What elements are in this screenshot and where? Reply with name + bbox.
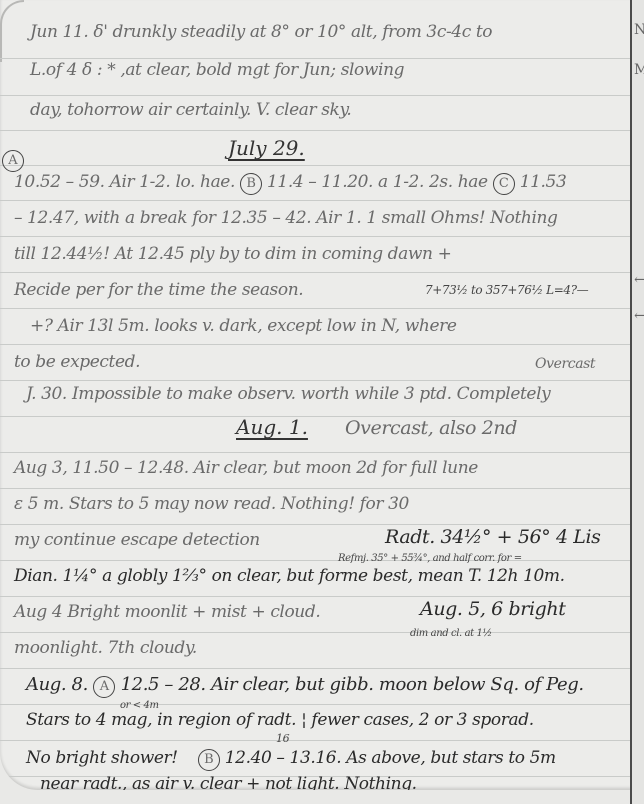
aug3-line-1: Aug 3, 11.50 – 12.48. Air clear, but moo…: [14, 458, 478, 478]
adjacent-page-mark: ←: [634, 272, 644, 288]
ruled-line: [0, 740, 632, 741]
aug8-line-1: Aug. 8. A 12.5 – 28. Air clear, but gibb…: [26, 674, 584, 698]
aug3-radiant: Radt. 34½° + 56° 4 Lis: [385, 526, 601, 548]
ruled-line: [0, 560, 632, 561]
adjacent-page-mark: N: [634, 22, 644, 38]
aug4-line-2: moonlight. 7th cloudy.: [14, 638, 197, 658]
aug8-obs-b: 12.40 – 13.16. As above, but stars to 5m: [225, 748, 556, 768]
july29-obs-c: 11.53: [520, 172, 567, 192]
aug3-line-4: Dian. 1¼° a globly 1⅔° on clear, but for…: [14, 566, 565, 586]
ruled-line: [0, 416, 632, 417]
ruled-line: [0, 596, 632, 597]
adjacent-page-mark: ←: [634, 308, 644, 324]
aug1-text: Overcast, also 2nd: [345, 417, 517, 439]
july30-note-overcast: Overcast: [535, 356, 595, 372]
aug4-line-1: Aug 4 Bright moonlit + mist + cloud.: [14, 602, 320, 622]
ruled-line: [0, 308, 632, 309]
aug5-6-text: Aug. 5, 6 bright: [420, 598, 565, 620]
aug1-heading: Aug. 1.: [236, 415, 308, 439]
ruled-line: [0, 58, 632, 59]
july29-line-1: 10.52 – 59. Air 1-2. lo. hae. B 11.4 – 1…: [14, 172, 566, 195]
ruled-line: [0, 236, 632, 237]
observation-c-marker: C: [493, 173, 515, 195]
aug8-no-shower: No bright shower!: [26, 748, 178, 768]
aug8-line-4: near radt., as air v. clear + not light.…: [40, 774, 417, 790]
aug3-small-note: Refmj. 35° + 55¾°, and half corr. for =: [338, 553, 522, 564]
adjacent-page-mark: M: [634, 62, 644, 78]
ruled-line: [0, 632, 632, 633]
ruled-line: [0, 165, 632, 166]
ruled-line: [0, 272, 632, 273]
notebook-page: Jun 11. δ' drunkly steadily at 8° or 10°…: [0, 0, 644, 790]
adjacent-page-edge: N M ← ←: [632, 0, 644, 804]
ruled-line: [0, 344, 632, 345]
aug3-line-2: ε 5 m. Stars to 5 may now read. Nothing!…: [14, 494, 409, 514]
july29-obs-a: 10.52 – 59. Air 1-2. lo. hae.: [14, 172, 235, 192]
ruled-line: [0, 95, 632, 96]
jun11-line-3: day, tohorrow air certainly. V. clear sk…: [30, 100, 351, 120]
ruled-line: [0, 380, 632, 381]
ruled-line: [0, 200, 632, 201]
ruled-line: [0, 452, 632, 453]
observation-a-marker: A: [2, 150, 24, 172]
july29-line-5: +? Air 13l 5m. looks v. dark, except low…: [30, 316, 457, 336]
aug8-note-16: 16: [276, 732, 289, 745]
observation-b-marker: B: [198, 749, 220, 771]
july29-line-6: to be expected.: [14, 352, 140, 372]
ruled-line: [0, 130, 632, 131]
aug8-line-3: No bright shower! B 12.40 – 13.16. As ab…: [26, 748, 556, 771]
july29-line-3: till 12.44½! At 12.45 ply by to dim in c…: [14, 244, 451, 264]
july29-line-2: – 12.47, with a break for 12.35 – 42. Ai…: [14, 208, 558, 228]
ruled-line: [0, 524, 632, 525]
aug3-line-3a: my continue escape detection: [14, 530, 260, 550]
aug8-line-2: Stars to 4 mag, in region of radt. ¦ few…: [26, 710, 534, 730]
july29-line-4: Recide per for the time the season.: [14, 280, 303, 300]
aug8-obs-a: 12.5 – 28. Air clear, but gibb. moon bel…: [121, 674, 584, 695]
observation-b-marker: B: [240, 173, 262, 195]
july29-obs-b: 11.4 – 11.20. a 1-2. 2s. hae: [267, 172, 488, 192]
ruled-line: [0, 704, 632, 705]
july30-line-1: J. 30. Impossible to make observ. worth …: [26, 384, 550, 404]
jun11-line-2: L.of 4 δ : * ,at clear, bold mgt for Jun…: [30, 60, 404, 80]
ruled-line: [0, 488, 632, 489]
aug4-small-note: dim and cl. at 1½: [410, 628, 492, 639]
july29-heading: July 29.: [228, 136, 305, 160]
ruled-line: [0, 668, 632, 669]
july29-right-note: 7+73½ to 357+76½ L=4?—: [425, 283, 588, 297]
jun11-line-1: Jun 11. δ' drunkly steadily at 8° or 10°…: [30, 22, 492, 42]
observation-a-marker: A: [93, 676, 115, 698]
aug8-date: Aug. 8.: [26, 674, 88, 695]
